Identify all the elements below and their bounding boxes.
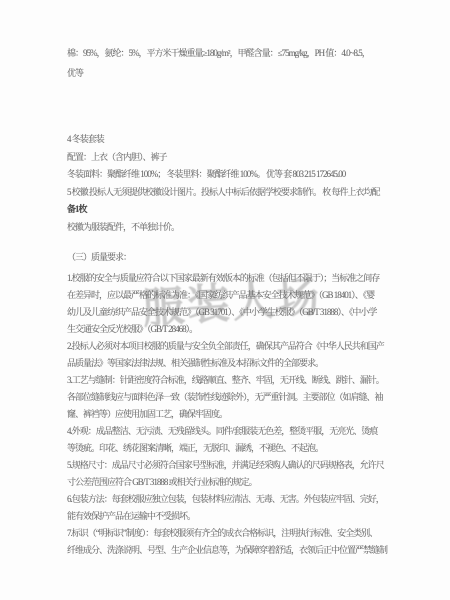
text-line: 冬装面料：聚酯纤维 100%； 冬装里料：聚酯纤维 100%。 优等 套 803… (67, 166, 407, 184)
text-line: 各部位缝制线应与面料色泽一致（装饰性线迹除外），无严重针洞。主要部位（如肩缝、袖 (67, 389, 407, 406)
text-line: 棉：95%，氨纶：5%，平方米干燥重量≥180g/m²，甲醛含量：≤75mg/k… (67, 43, 407, 63)
text-line: 幼儿及儿童纺织产品安全技术规范》（GB 31701）、《中小学生校服》（GB/T… (67, 304, 407, 321)
text-line: 寸公差范围应符合 GB/T 31888 或相关行业标准的规定。 (67, 474, 407, 491)
text-line: 能有效保护产品在运输中不受损坏。 (67, 508, 407, 525)
text-line: 6.包装方法：每套校服应独立包装，包装材料应清洁、无毒、无害。外包装应牢固、完好… (67, 491, 407, 508)
text-line: 5.规格尺寸：成品尺寸必须符合国家号型标准，并满足经采购人确认的尺码规格表，允许… (67, 457, 407, 474)
text-line: 3.工艺与缝制：针距密度符合标准，线路顺直、整齐、牢固，无开线、断线、跳针、漏针… (67, 372, 407, 389)
fabric-spec-section: 棉：95%，氨纶：5%，平方米干燥重量≥180g/m²，甲醛含量：≤75mg/k… (67, 43, 407, 83)
text-line: 2.投标人必须对本项目校服的质量与安全负全部责任，确保其产品符合《中华人民共和国… (67, 338, 407, 355)
text-line: 等烫疵。印花、绣花图案清晰，端正，无脱印、漏绣，不褪色、不起泡。 (67, 440, 407, 457)
text-line: 4.外观：成品整洁、无污渍、无残留线头。同件/套服装无色差，整烫平服，无亮光、烫… (67, 423, 407, 440)
text-line: 优等 (67, 63, 407, 83)
badge-quantity-line: 备1枚 (67, 201, 407, 219)
text-line: 品质量法》等国家法律法规、相关强制性标准及本招标文件的全部要求。 (67, 355, 407, 372)
text-line: 5 校徽 投标人无须提供校徽设计图片。投标人中标后依据学校要求制作。 枚 每件上… (67, 184, 407, 202)
item-title-line: 4 冬装套装 (67, 131, 407, 149)
winter-suit-item-section: 4 冬装套装 配置：上衣（含内胆）、裤子 冬装面料：聚酯纤维 100%； 冬装里… (67, 131, 407, 236)
text-line: 1.校服的安全与质量应符合以下国家最新有效版本的标准（包括但不限于）；当标准之间… (67, 270, 407, 287)
text-line: 配置：上衣（含内胆）、裤子 (67, 149, 407, 167)
text-line: 在差异时，应以最严格的标准为准：《国家纺织产品基本安全技术规范》（GB 1840… (67, 287, 407, 304)
text-line: 纤维成分、洗涤说明、号型、生产企业信息等，为保障穿着舒适，衣领后正中位置严禁缝制 (67, 542, 407, 559)
text-line: 7.标识（“明标识”制度）：每套校服须有齐全的成衣合格标识，注明执行标准、安全类… (67, 525, 407, 542)
quality-requirements-heading: （三）质量要求： (67, 249, 407, 267)
text-line: 生交通安全反光校服》（GB/T 28468）。 (67, 321, 407, 338)
text-line: 窿、裤裆等）应使用加固工艺，确保牢固度。 (67, 406, 407, 423)
quality-requirements-body: 1.校服的安全与质量应符合以下国家最新有效版本的标准（包括但不限于）；当标准之间… (67, 270, 407, 559)
scanned-document-page: 服装人场 棉：95%，氨纶：5%，平方米干燥重量≥180g/m²，甲醛含量：≤7… (0, 0, 450, 600)
section-heading: （三）质量要求： (67, 249, 407, 267)
text-line: 校徽为服装配件，不单独计价。 (67, 219, 407, 237)
